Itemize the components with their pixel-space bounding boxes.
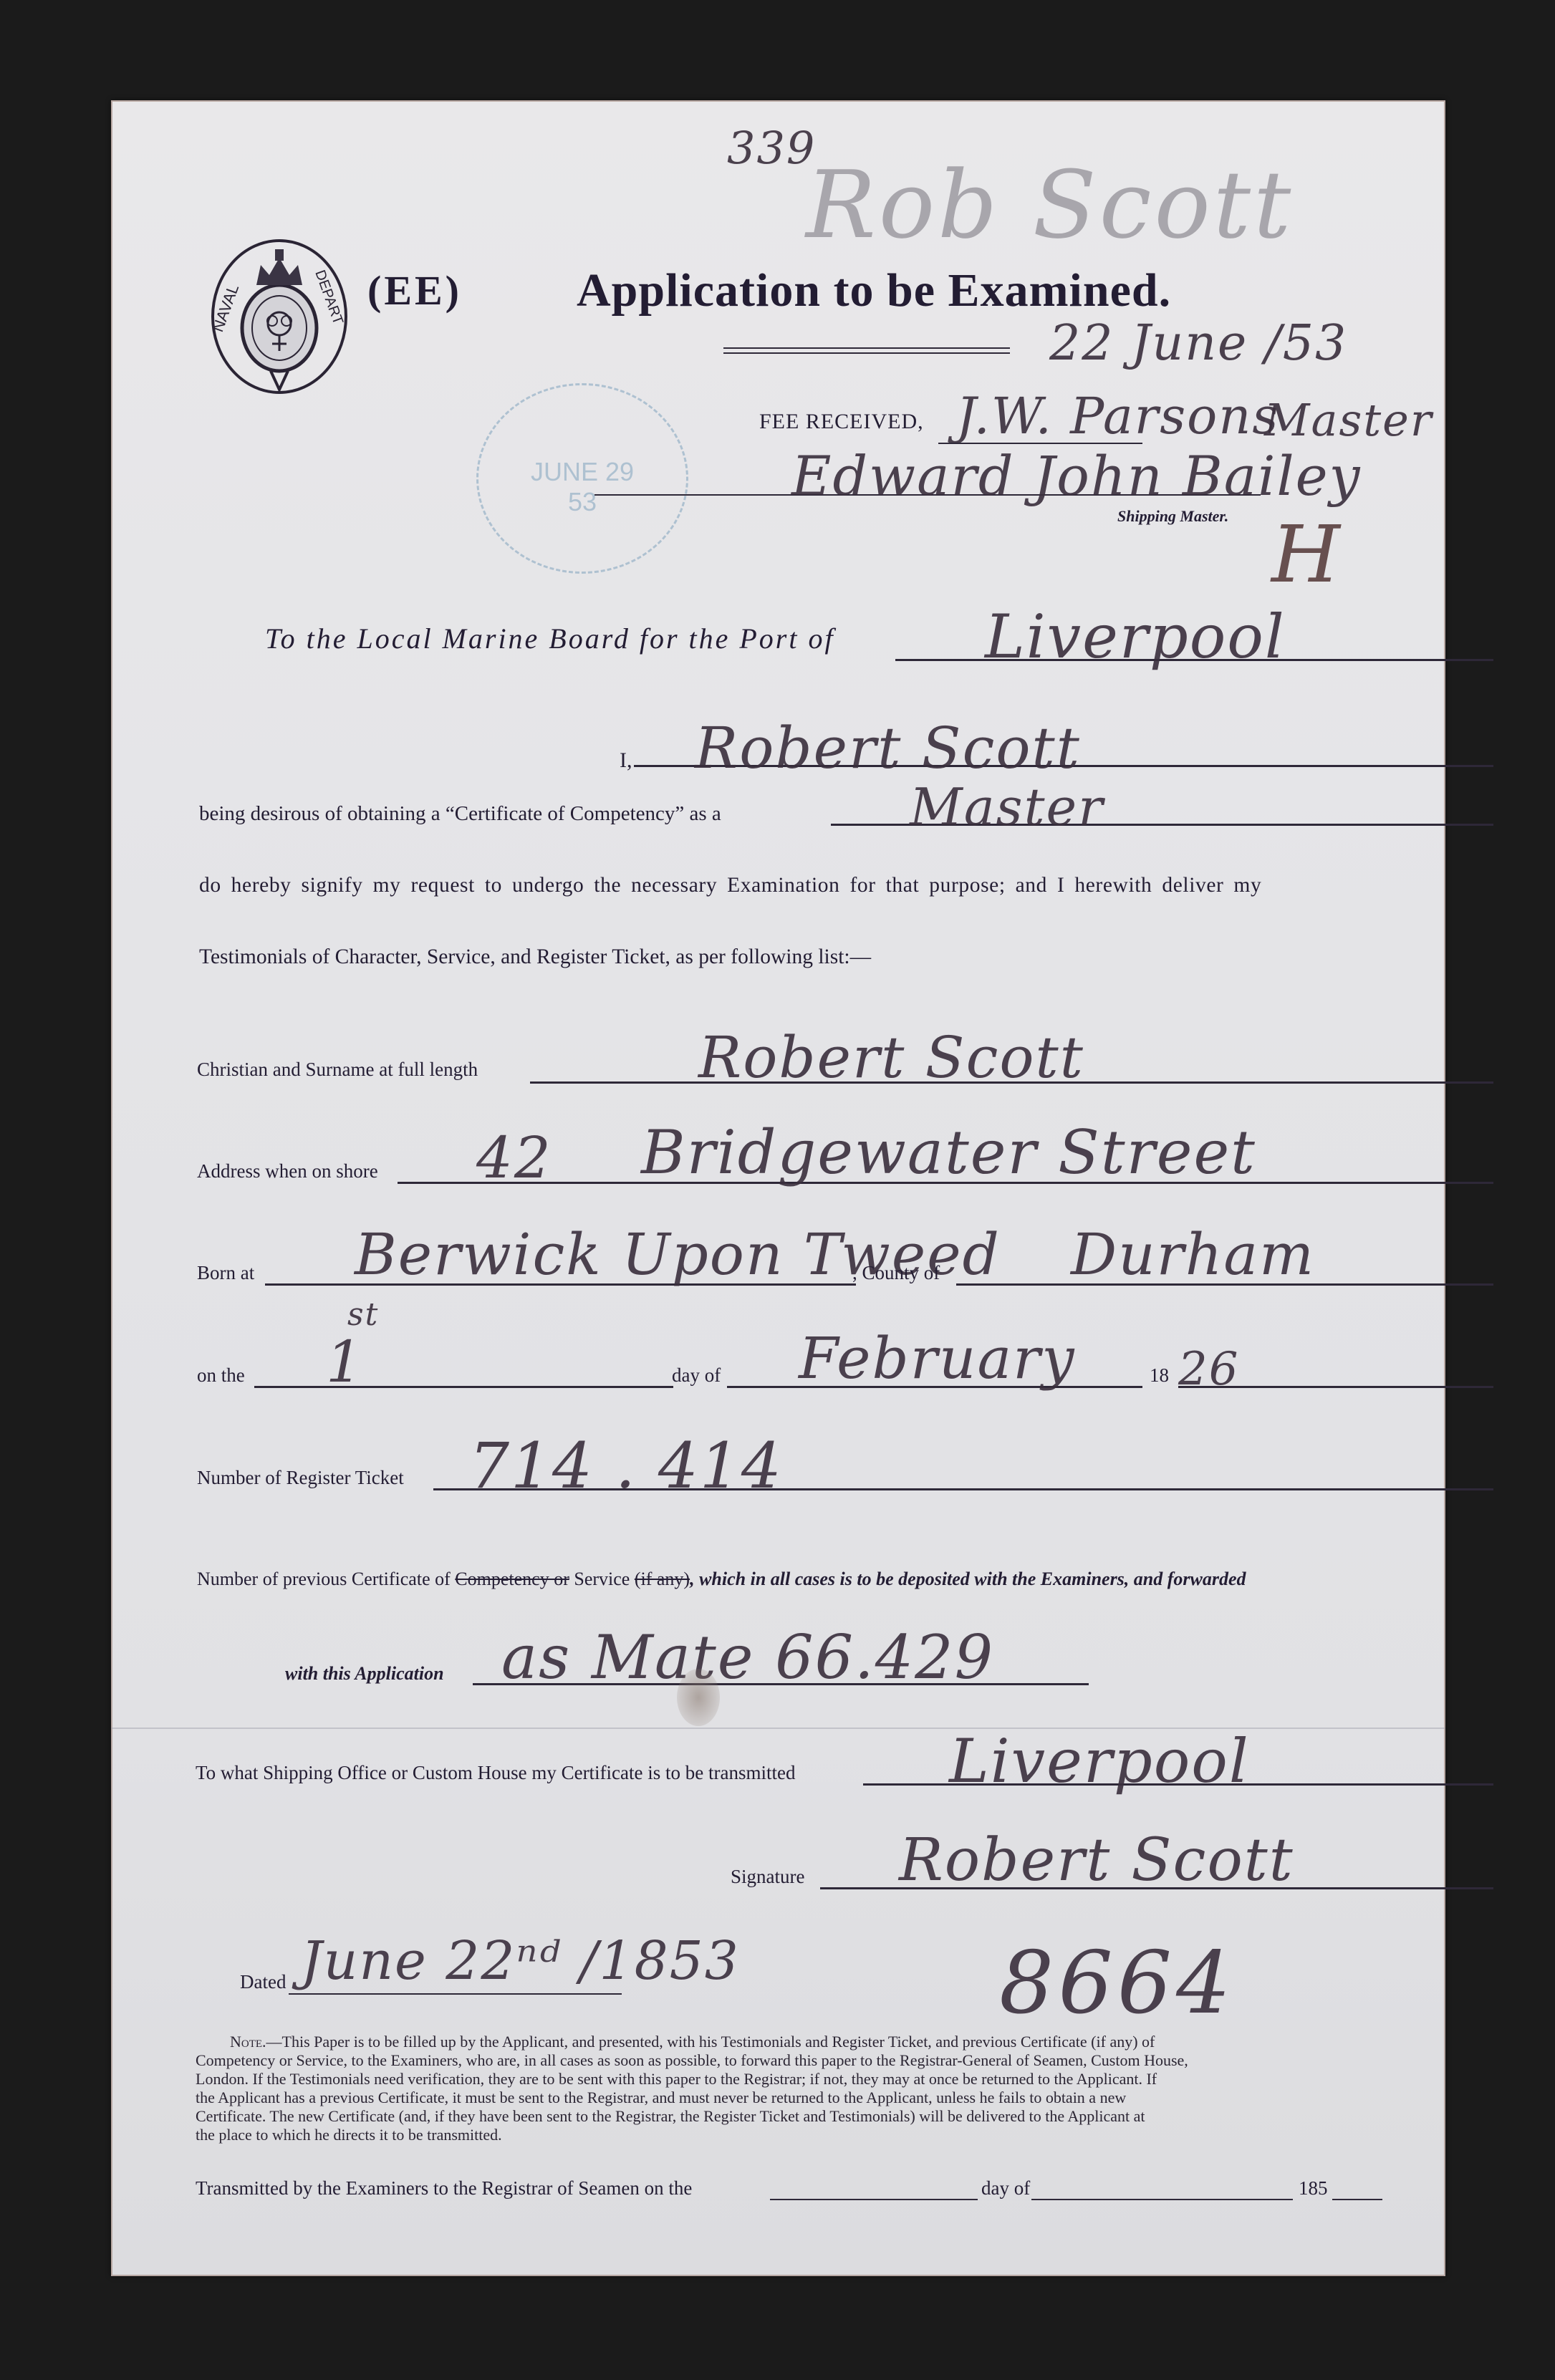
date-stamp-month-day: JUNE 29 — [478, 457, 686, 487]
fee-received-label: FEE RECEIVED, — [759, 410, 924, 434]
previous-certificate-struck-if-any: (if any) — [635, 1569, 690, 1589]
birth-year-value: 26 — [1178, 1343, 1239, 1396]
full-name-label: Christian and Surname at full length — [197, 1059, 478, 1081]
declaration-line-1: do hereby signify my request to undergo … — [199, 874, 1261, 897]
shipping-master-signature: Edward John Bailey — [791, 444, 1362, 508]
birth-year-prefix: 18 — [1150, 1364, 1169, 1387]
note-line-2: Competency or Service, to the Examiners,… — [196, 2051, 1499, 2070]
dated-line — [289, 1993, 622, 1995]
pencil-name-annotation: Rob Scott — [806, 150, 1294, 259]
born-at-label: Born at — [197, 1262, 254, 1284]
fee-marginal-date: 22 June /53 — [1049, 315, 1347, 372]
transmitted-day-line — [770, 2199, 978, 2200]
fee-received-by: J.W. Parsons — [956, 387, 1279, 445]
naval-department-emblem-icon: NAVAL DEPART — [208, 236, 351, 401]
birth-day-label: on the — [197, 1364, 245, 1387]
fee-received-by-role: Master — [1264, 394, 1433, 446]
reference-number: 8664 — [999, 1934, 1235, 2033]
note-line-1: Note.—This Paper is to be filled up by t… — [196, 2033, 1499, 2051]
note-line-3: London. If the Testimonials need verific… — [196, 2070, 1499, 2088]
county-label: , County of — [852, 1262, 940, 1284]
transmit-to-label: To what Shipping Office or Custom House … — [196, 1762, 795, 1784]
birth-day-value: 1 — [326, 1329, 364, 1395]
port-value: Liverpool — [985, 602, 1286, 672]
address-label: Address when on shore — [197, 1160, 378, 1182]
note-line-4: the Applicant has a previous Certificate… — [196, 2088, 1499, 2107]
transmitted-month-line — [1031, 2199, 1293, 2200]
initials-mark: H — [1271, 509, 1342, 600]
birth-month-value: February — [799, 1325, 1076, 1392]
page-title: Application to be Examined. — [577, 264, 1171, 318]
register-ticket-value: 714 . 414 — [469, 1429, 783, 1503]
form-code: (EE) — [367, 266, 462, 314]
address-number-value: 42 — [476, 1124, 552, 1191]
transmitted-year-line — [1332, 2199, 1382, 2200]
applicant-label: I, — [620, 748, 632, 773]
applicant-value: Robert Scott — [695, 715, 1081, 781]
county-value: Durham — [1071, 1221, 1315, 1288]
previous-certificate-value: as Mate 66.429 — [501, 1622, 994, 1692]
note-line-5: Certificate. The new Certificate (and, i… — [196, 2107, 1499, 2126]
port-label: To the Local Marine Board for the Port o… — [265, 622, 835, 655]
dated-value: June 22ⁿᵈ /1853 — [301, 1930, 740, 1992]
certificate-value: Master — [910, 777, 1104, 837]
previous-certificate-label-line2: with this Application — [285, 1663, 444, 1685]
note-line-6: the place to which he directs it to be t… — [196, 2126, 1499, 2144]
date-stamp: JUNE 29 53 — [476, 383, 688, 574]
address-street-value: Bridgewater Street — [641, 1117, 1256, 1187]
date-stamp-year: 53 — [478, 487, 686, 517]
transmit-to-value: Liverpool — [949, 1726, 1250, 1796]
previous-certificate-struck-competency: Competency or — [455, 1569, 569, 1589]
title-underline-2 — [723, 352, 1010, 354]
transmitted-label: Transmitted by the Examiners to the Regi… — [196, 2177, 692, 2200]
full-name-value: Robert Scott — [698, 1024, 1084, 1091]
transmitted-day-of-label: day of — [981, 2177, 1030, 2200]
folio-number: 339 — [727, 122, 816, 174]
application-form-page: 339 Rob Scott NAVAL DEPART (EE) Applicat… — [111, 100, 1445, 2276]
previous-certificate-label: Number of previous Certificate of Compet… — [197, 1569, 1246, 1590]
birth-month-label: day of — [672, 1364, 721, 1387]
note-block: Note.—This Paper is to be filled up by t… — [196, 2033, 1499, 2144]
signature-value: Robert Scott — [899, 1826, 1294, 1894]
birth-day-suffix: st — [347, 1296, 379, 1333]
birth-day-line — [254, 1386, 673, 1388]
previous-certificate-label-mid: Service — [569, 1569, 635, 1589]
shipping-master-label: Shipping Master. — [1117, 507, 1228, 526]
previous-certificate-label-start: Number of previous Certificate of — [197, 1569, 455, 1589]
title-underline — [723, 347, 1010, 349]
note-lead: Note. — [230, 2033, 266, 2051]
transmitted-year-prefix: 185 — [1299, 2177, 1328, 2200]
previous-certificate-label-italic: , which in all cases is to be deposited … — [690, 1569, 1246, 1589]
ink-stain — [677, 1669, 720, 1726]
declaration-line-2: Testimonials of Character, Service, and … — [199, 945, 871, 969]
certificate-label: being desirous of obtaining a “Certifica… — [199, 802, 721, 826]
dated-label: Dated — [240, 1971, 286, 1993]
note-line-1-text: —This Paper is to be filled up by the Ap… — [266, 2033, 1155, 2051]
signature-label: Signature — [731, 1866, 804, 1888]
register-ticket-label: Number of Register Ticket — [197, 1467, 404, 1489]
